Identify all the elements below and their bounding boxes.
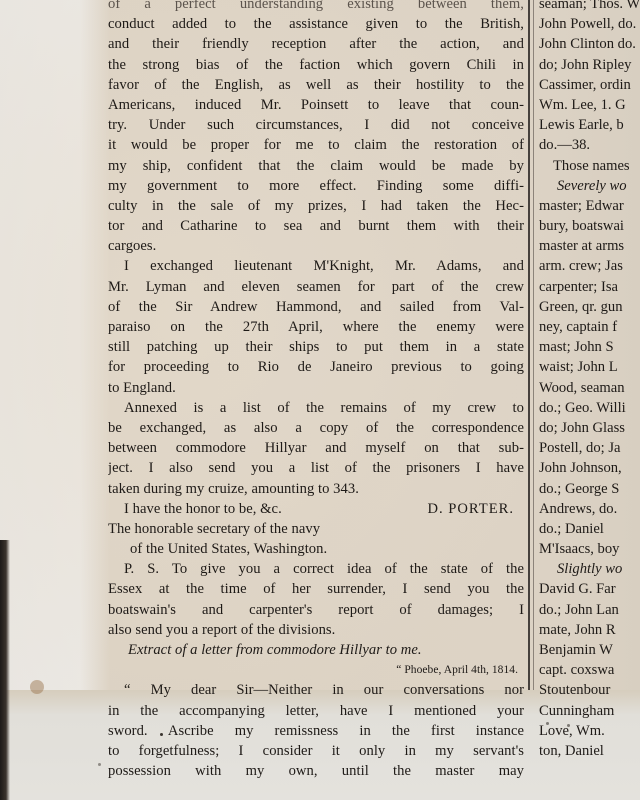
crew-line: ton, Daniel <box>539 741 640 761</box>
column-rule <box>528 0 530 690</box>
text-line: the strong bias of the faction which gov… <box>108 55 524 75</box>
paragraph-start-line: I exchanged lieutenant M'Knight, Mr. Ada… <box>108 256 524 276</box>
crew-line: master; Edwar <box>539 196 640 216</box>
text-line: still patching up their ships to put the… <box>108 337 524 357</box>
crew-line: mate, John R <box>539 620 640 640</box>
text-line: it would be proper for me to claim the r… <box>108 135 524 155</box>
text-line: to England. <box>108 378 524 398</box>
text-line: Mr. Lyman and eleven seamen for part of … <box>108 277 524 297</box>
text-line: my ship, confident that the claim would … <box>108 156 524 176</box>
closing-text: I have the honor to be, &c. <box>124 499 282 519</box>
crew-line: do.; George S <box>539 479 640 499</box>
crew-line: master at arms <box>539 236 640 256</box>
text-line: of the Sir Andrew Hammond, and sailed fr… <box>108 297 524 317</box>
crew-line: capt. coxswa <box>539 660 640 680</box>
crew-line: do.—38. <box>539 135 640 155</box>
text-line: tor and Catharine to sea and burnt them … <box>108 216 524 236</box>
crew-list-column: seaman; Thos. W John Powell, do. John Cl… <box>539 0 640 761</box>
crew-line: seaman; Thos. W <box>539 0 640 14</box>
text-line: ject. I also send you a list of the pris… <box>108 458 524 478</box>
crew-line: bury, boatswai <box>539 216 640 236</box>
text-line: paraiso on the 27th April, where the ene… <box>108 317 524 337</box>
crew-line: David G. Far <box>539 579 640 599</box>
column-rule-secondary <box>533 0 534 690</box>
crew-line: John Johnson, <box>539 458 640 478</box>
postscript-line: also send you a report of the divisions. <box>108 620 524 640</box>
postscript-line: P. S. To give you a correct idea of the … <box>108 559 524 579</box>
crew-line: Wood, seaman <box>539 378 640 398</box>
text-line: culty in the sale of my prizes, I had ta… <box>108 196 524 216</box>
crew-line: Lewis Earle, b <box>539 115 640 135</box>
address-line: The honorable secretary of the navy <box>108 519 524 539</box>
text-line: favor of the English, as well as their h… <box>108 75 524 95</box>
crew-line: ney, captain f <box>539 317 640 337</box>
crew-line: do.; Daniel <box>539 519 640 539</box>
paper-speck <box>98 763 101 766</box>
crew-line: do.; Geo. Willi <box>539 398 640 418</box>
text-line: Americans, induced Mr. Poinsett to leave… <box>108 95 524 115</box>
text-line: between commodore Hillyar and myself on … <box>108 438 524 458</box>
crew-line: arm. crew; Jas <box>539 256 640 276</box>
crew-line: Cunningham <box>539 701 640 721</box>
extract-line: in the accompanying letter, have I menti… <box>108 701 524 721</box>
extract-line: to forgetfulness; I consider it only in … <box>108 741 524 761</box>
crew-line: mast; John S <box>539 337 640 357</box>
crew-line: Cassimer, ordin <box>539 75 640 95</box>
extract-heading: Extract of a letter from commodore Hilly… <box>108 640 524 660</box>
crew-line: Wm. Lee, 1. G <box>539 95 640 115</box>
signature: D. PORTER. <box>427 499 514 519</box>
crew-section-heading: Severely wo <box>539 176 640 196</box>
closing-line: I have the honor to be, &c. D. PORTER. <box>108 499 524 519</box>
paragraph-start-line: Annexed is a list of the remains of my c… <box>108 398 524 418</box>
extract-line: “ My dear Sir—Neither in our conversatio… <box>108 680 524 700</box>
text-line: and their friendly reception after the a… <box>108 34 524 54</box>
crew-line: M'Isaacs, boy <box>539 539 640 559</box>
crew-line: Andrews, do. <box>539 499 640 519</box>
postscript-line: Essex at the time of her surrender, I se… <box>108 579 524 599</box>
crew-line: John Clinton do. <box>539 34 640 54</box>
foxing-stain <box>30 680 44 694</box>
crew-line: do; John Glass <box>539 418 640 438</box>
text-line: of a perfect understanding existing betw… <box>108 0 524 14</box>
extract-dateline: “ Phoebe, April 4th, 1814. <box>108 660 524 680</box>
newspaper-page: of a perfect understanding existing betw… <box>0 0 640 800</box>
text-line: be exchanged, as also a copy of the corr… <box>108 418 524 438</box>
crew-line: Benjamin W <box>539 640 640 660</box>
text-line: try. Under such circumstances, I did not… <box>108 115 524 135</box>
crew-line: Postell, do; Ja <box>539 438 640 458</box>
crew-line: do.; John Lan <box>539 600 640 620</box>
crew-line: do; John Ripley <box>539 55 640 75</box>
crew-line: waist; John L <box>539 357 640 377</box>
extract-line: possession with my own, until the master… <box>108 761 524 781</box>
text-line: cargoes. <box>108 236 524 256</box>
crew-line: John Powell, do. <box>539 14 640 34</box>
crew-section-intro: Those names <box>539 156 640 176</box>
text-line: conduct added to the assistance given to… <box>108 14 524 34</box>
crew-line: carpenter; Isa <box>539 277 640 297</box>
extract-line: sword. Ascribe my remissness in the firs… <box>108 721 524 741</box>
text-line: taken during my cruize, amounting to 343… <box>108 479 524 499</box>
crew-line: Love, Wm. <box>539 721 640 741</box>
crew-line: Stoutenbour <box>539 680 640 700</box>
crew-line: Green, qr. gun <box>539 297 640 317</box>
text-line: my government to more effect. Finding so… <box>108 176 524 196</box>
address-line: of the United States, Washington. <box>108 539 524 559</box>
postscript-line: boatswain's and carpenter's report of da… <box>108 600 524 620</box>
text-line: for proceeding to Rio de Janeiro previou… <box>108 357 524 377</box>
page-edge-shadow <box>0 540 10 800</box>
main-article-column: of a perfect understanding existing betw… <box>108 0 524 781</box>
crew-section-heading: Slightly wo <box>539 559 640 579</box>
